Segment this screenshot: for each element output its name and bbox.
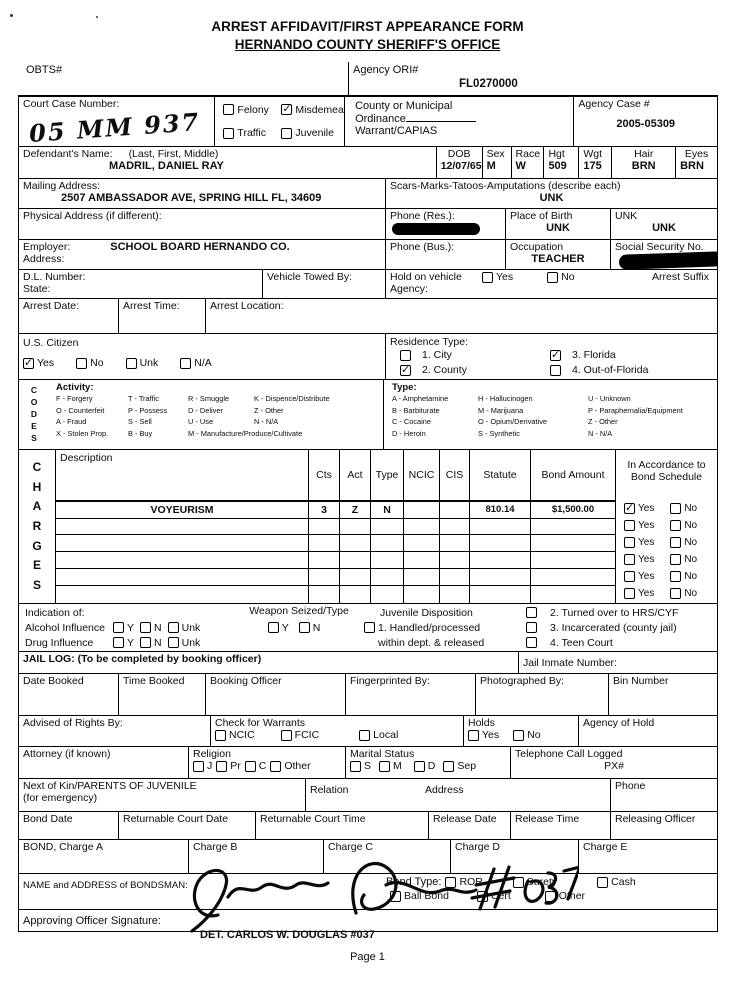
charge-row-1: VOYEURISM 3 Z N 810.14 $1,500.00	[56, 502, 615, 519]
traffic-checkbox[interactable]	[223, 128, 234, 139]
employer-label: Employer:	[23, 241, 70, 253]
ordinance-cell: County or Municipal Ordinance Warrant/CA…	[345, 97, 574, 146]
juvenile-checkbox[interactable]	[281, 128, 292, 139]
hair-label: Hair	[616, 148, 671, 160]
bond-surety-checkbox[interactable]	[513, 877, 524, 888]
charge-row-2	[56, 519, 615, 536]
charge-type	[371, 586, 404, 603]
returnable-date-cell: Returnable Court Date	[119, 812, 256, 839]
check-warrants-label: Check for Warrants	[215, 717, 459, 729]
bin-number-label: Bin Number	[613, 675, 713, 687]
bondsman-label: NAME and ADDRESS of BONDSMAN:	[23, 880, 382, 891]
releasing-officer-label: Releasing Officer	[615, 813, 713, 825]
phone-bus-label: Phone (Bus.):	[390, 241, 501, 253]
charge-cis	[440, 586, 470, 603]
race-label: Race	[516, 148, 540, 160]
ordinance-line2: Ordinance	[355, 113, 406, 125]
influence-block: Indication of: Alcohol Influence Y N Unk…	[19, 604, 234, 651]
physical-address-cell: Physical Address (if different):	[19, 209, 386, 239]
citizen-row: U.S. Citizen Yes No Unk N/A Residence Ty…	[19, 334, 717, 380]
charge-description	[56, 535, 309, 551]
ssn-cell: Social Security No.	[611, 240, 717, 269]
alias-value: UNK	[615, 222, 713, 234]
marital-m-checkbox[interactable]	[379, 761, 390, 772]
codes-vertical-label: CODES	[19, 384, 49, 444]
citizen-unk-label: Unk	[140, 357, 159, 369]
bond-charge-d-cell: Charge D	[451, 840, 579, 873]
activity-codes: Activity: F - ForgeryO - CounterfeitA - …	[56, 380, 384, 449]
holds-label: Holds	[468, 717, 574, 729]
religion-j-checkbox[interactable]	[193, 761, 204, 772]
mailing-row: Mailing Address: 2507 AMBASSADOR AVE, SP…	[19, 179, 717, 209]
hold-yes-checkbox[interactable]	[482, 272, 493, 283]
hold-yes-label: Yes	[496, 271, 513, 283]
charge-cts	[309, 519, 340, 535]
employer-value: SCHOOL BOARD HERNANDO CO.	[110, 241, 289, 253]
activity-col1: F - ForgeryO - CounterfeitA - FraudX - S…	[56, 393, 128, 439]
race-value: W	[516, 160, 540, 172]
eyes-label: Eyes	[680, 148, 713, 160]
holds-cell: Holds Yes No	[464, 716, 579, 746]
returnable-time-cell: Returnable Court Time	[256, 812, 429, 839]
scan-speck	[96, 16, 98, 18]
misdemeanor-checkbox[interactable]	[281, 104, 292, 115]
residence-outfl-checkbox[interactable]	[550, 365, 561, 376]
religion-label: Religion	[193, 748, 341, 760]
charge-cis	[440, 535, 470, 551]
agency-case-cell: Agency Case # 2005-05309	[574, 97, 717, 146]
scars-label: Scars-Marks-Tatoos-Amputations (describe…	[390, 180, 713, 192]
bond-date-cell: Bond Date	[19, 812, 119, 839]
disposition-3-label: 3. Incarcerated (county jail)	[550, 622, 677, 634]
activity-col4: K - Dispence/DistributeZ - OtherN - N/A	[254, 393, 383, 428]
phone-call-label: Telephone Call Logged	[515, 748, 713, 760]
fingerprinted-label: Fingerprinted By:	[350, 675, 471, 687]
felony-checkbox[interactable]	[223, 104, 234, 115]
fingerprinted-cell: Fingerprinted By:	[346, 674, 476, 715]
type-col2: H - HallucinogenM - MarijuanaO - Opium/D…	[478, 393, 588, 439]
weapon-y-checkbox[interactable]	[268, 622, 279, 633]
next-of-kin-cell: Next of Kin/PARENTS OF JUVENILE (for eme…	[19, 779, 306, 811]
type-col3: U - UnknownP - Paraphernalia/EquipmentZ …	[588, 393, 717, 439]
activity-col3: R - SmuggleD - DeliverU - UseM - Manufac…	[188, 393, 254, 439]
col-act-header: Act	[340, 450, 371, 500]
weapon-n-checkbox[interactable]	[299, 622, 310, 633]
phone-res-label: Phone (Res.):	[390, 210, 501, 222]
charge-bond	[531, 586, 615, 603]
drug-n-checkbox[interactable]	[140, 637, 151, 648]
agency-ori-value: FL0270000	[459, 78, 714, 90]
charge-6-schedule-no-checkbox[interactable]	[670, 588, 681, 599]
charge-2-schedule-no-checkbox[interactable]	[670, 520, 681, 531]
charge-bond	[531, 535, 615, 551]
col-cis-header: CIS	[440, 450, 470, 500]
date-booked-cell: Date Booked	[19, 674, 119, 715]
arrest-date-cell: Arrest Date:	[19, 299, 119, 333]
agency-ori-label: Agency ORI#	[353, 64, 418, 76]
charge-6-bond-schedule: YesNo	[616, 585, 717, 602]
px-label: PX#	[515, 760, 713, 772]
citizen-no-checkbox[interactable]	[76, 358, 87, 369]
disposition-2-checkbox[interactable]	[526, 607, 537, 618]
defendant-row: Defendant's Name:(Last, First, Middle) M…	[19, 147, 717, 179]
hold-no-label: No	[561, 271, 574, 283]
charge-bond	[531, 569, 615, 585]
release-time-cell: Release Time	[511, 812, 611, 839]
bond-date-row: Bond Date Returnable Court Date Returnab…	[19, 812, 717, 840]
bond-charge-d-label: Charge D	[455, 841, 574, 853]
charge-5-bond-schedule: YesNo	[616, 568, 717, 585]
charge-2-schedule-yes-checkbox[interactable]	[624, 520, 635, 531]
dl-row: D.L. Number: State: Vehicle Towed By: Ho…	[19, 270, 717, 299]
charge-3-schedule-yes-checkbox[interactable]	[624, 537, 635, 548]
attorney-label: Attorney (if known)	[23, 748, 184, 760]
charge-bond	[531, 519, 615, 535]
charge-cts	[309, 535, 340, 551]
bond-charge-a-cell: BOND, Charge A	[19, 840, 189, 873]
drug-unk-checkbox[interactable]	[168, 637, 179, 648]
charge-6-schedule-yes-checkbox[interactable]	[624, 588, 635, 599]
dob-cell: DOB12/07/65	[437, 147, 483, 178]
marital-status-cell: Marital Status S M D Sep	[346, 747, 511, 778]
residence-florida-checkbox[interactable]	[550, 350, 561, 361]
hair-cell: HairBRN	[612, 147, 676, 178]
approving-signature-label: Approving Officer Signature:	[19, 910, 161, 934]
alcohol-n-checkbox[interactable]	[140, 622, 151, 633]
relation-label: Relation	[310, 784, 349, 796]
charge-description	[56, 586, 309, 603]
form-subtitle: HERNANDO COUNTY SHERIFF'S OFFICE	[0, 37, 735, 52]
mailing-address-label: Mailing Address:	[23, 180, 381, 192]
charge-row-3	[56, 535, 615, 552]
bond-charge-c-label: Charge C	[328, 841, 446, 853]
charges-table: Description Cts Act Type NCIC CIS Statut…	[56, 450, 615, 603]
charge-statute: 810.14	[470, 502, 531, 518]
bond-bail-checkbox[interactable]	[390, 891, 401, 902]
ncic-checkbox[interactable]	[215, 730, 226, 741]
charge-1-schedule-no-checkbox[interactable]	[670, 503, 681, 514]
marital-status-label: Marital Status	[350, 748, 506, 760]
mailing-address-cell: Mailing Address: 2507 AMBASSADOR AVE, SP…	[19, 179, 386, 208]
defendant-name-label: Defendant's Name:	[23, 148, 113, 160]
type-codes: Type: A - AmphetamineB - BarbiturateC - …	[384, 380, 717, 449]
col-type-header: Type	[371, 450, 404, 500]
form-title: ARREST AFFIDAVIT/FIRST APPEARANCE FORM	[0, 19, 735, 34]
residence-outfl-label: 4. Out-of-Florida	[572, 364, 648, 376]
indication-row: Indication of: Alcohol Influence Y N Unk…	[19, 604, 717, 652]
disposition-4-label: 4. Teen Court	[550, 637, 613, 649]
physical-row: Physical Address (if different): Phone (…	[19, 209, 717, 240]
ordinance-blank-line	[406, 112, 476, 122]
jail-log-label: JAIL LOG: (To be completed by booking of…	[19, 652, 519, 673]
charge-5-schedule-yes-checkbox[interactable]	[624, 571, 635, 582]
charge-row-5	[56, 569, 615, 586]
employer-cell: Employer:SCHOOL BOARD HERNANDO CO. Addre…	[19, 240, 386, 269]
bond-charge-a-label: BOND, Charge A	[23, 841, 184, 853]
bond-cash-checkbox[interactable]	[597, 877, 608, 888]
pob-value: UNK	[510, 222, 606, 234]
jail-inmate-label: Jail Inmate Number:	[523, 657, 617, 669]
agency-case-value: 2005-05309	[578, 118, 713, 130]
charge-description: VOYEURISM	[56, 502, 309, 518]
hold-on-vehicle-cell: Hold on vehicle Yes No Arrest Suffix Age…	[386, 270, 717, 298]
sex-label: Sex	[487, 148, 507, 160]
charge-cts	[309, 569, 340, 585]
residence-florida-label: 3. Florida	[572, 349, 616, 361]
wgt-label: Wgt	[583, 148, 607, 160]
charge-type	[371, 519, 404, 535]
bond-charge-e-cell: Charge E	[579, 840, 717, 873]
employer-address-label: Address:	[23, 253, 381, 265]
form-header: ARREST AFFIDAVIT/FIRST APPEARANCE FORM H…	[0, 0, 735, 52]
charge-ncic	[404, 519, 440, 535]
dob-value: 12/07/65	[441, 160, 478, 172]
wgt-cell: Wgt175	[579, 147, 612, 178]
hgt-cell: Hgt509	[544, 147, 579, 178]
approving-officer-printed-name: DET. CARLOS W. DOUGLAS #037	[200, 929, 375, 941]
alcohol-unk-checkbox[interactable]	[168, 622, 179, 633]
charge-act: Z	[340, 502, 371, 518]
pob-label: Place of Birth	[510, 210, 606, 222]
charge-act	[340, 552, 371, 568]
pob-cell: Place of Birth UNK	[506, 209, 611, 239]
charge-ncic	[404, 569, 440, 585]
disposition-3-checkbox[interactable]	[526, 622, 537, 633]
drug-influence-label: Drug Influence	[25, 637, 113, 649]
charge-5-schedule-no-checkbox[interactable]	[670, 571, 681, 582]
residence-type-cell: Residence Type: 1. City 3. Florida 2. Co…	[386, 334, 717, 379]
weapon-block: Weapon Seized/Type Y N	[234, 604, 364, 651]
citizen-no-label: No	[90, 357, 103, 369]
charge-cts: 3	[309, 502, 340, 518]
charge-cis	[440, 502, 470, 518]
misdemeanor-label: Misdemeanor	[295, 104, 345, 116]
citizen-yes-label: Yes	[37, 357, 54, 369]
returnable-date-label: Returnable Court Date	[123, 813, 251, 825]
religion-c-checkbox[interactable]	[245, 761, 256, 772]
religion-other-checkbox[interactable]	[270, 761, 281, 772]
release-date-cell: Release Date	[429, 812, 511, 839]
occupation-label: Occupation	[510, 241, 606, 253]
charge-row-4	[56, 552, 615, 569]
bond-date-label: Bond Date	[23, 813, 114, 825]
obts-label: OBTS#	[18, 62, 348, 95]
bond-type-cell: Bond Type: ROR Surety Cash Ball Bond Cer…	[386, 874, 717, 909]
time-booked-cell: Time Booked	[119, 674, 206, 715]
photographed-label: Photographed By:	[480, 675, 604, 687]
charge-ncic	[404, 552, 440, 568]
juvenile-disposition-block: Juvenile Disposition 1. Handled/processe…	[364, 604, 526, 651]
charge-4-bond-schedule: YesNo	[616, 551, 717, 568]
bond-charges-row: BOND, Charge A Charge B Charge C Charge …	[19, 840, 717, 874]
alcohol-influence-label: Alcohol Influence	[25, 622, 113, 634]
col-bond-header: Bond Amount	[531, 450, 615, 500]
residence-city-label: 1. City	[422, 349, 452, 361]
charge-bond	[531, 552, 615, 568]
local-checkbox[interactable]	[359, 730, 370, 741]
charge-description	[56, 552, 309, 568]
sex-cell: SexM	[483, 147, 512, 178]
hgt-label: Hgt	[548, 148, 574, 160]
physical-address-label: Physical Address (if different):	[23, 210, 381, 222]
defendant-name-value: MADRIL, DANIEL RAY	[109, 160, 432, 172]
charge-3-schedule-no-checkbox[interactable]	[670, 537, 681, 548]
bond-schedule-header: In Accordance toBond Schedule	[616, 450, 717, 500]
hold-agency-label: Agency:	[390, 283, 713, 295]
fcic-checkbox[interactable]	[281, 730, 292, 741]
employer-row: Employer:SCHOOL BOARD HERNANDO CO. Addre…	[19, 240, 717, 270]
kin-address-label: Address	[425, 784, 464, 796]
hgt-value: 509	[548, 160, 574, 172]
dl-number-cell: D.L. Number: State:	[19, 270, 263, 298]
case-row: Court Case Number: 05 MM 937 Felony Misd…	[19, 97, 717, 147]
residence-type-label: Residence Type:	[390, 336, 713, 348]
marital-s-checkbox[interactable]	[350, 761, 361, 772]
eyes-value: BRN	[680, 160, 713, 172]
disposition-2-label: 2. Turned over to HRS/CYF	[550, 607, 678, 619]
charge-act	[340, 586, 371, 603]
charge-bond: $1,500.00	[531, 502, 615, 518]
arrest-affidavit-form: ARREST AFFIDAVIT/FIRST APPEARANCE FORM H…	[0, 0, 735, 985]
residence-county-checkbox[interactable]	[400, 365, 411, 376]
time-booked-label: Time Booked	[123, 675, 201, 687]
arrest-row: Arrest Date: Arrest Time: Arrest Locatio…	[19, 299, 717, 334]
bond-ror-checkbox[interactable]	[445, 877, 456, 888]
wgt-value: 175	[583, 160, 607, 172]
dl-state-label: State:	[23, 283, 258, 295]
bond-type-label: Bond Type:	[386, 876, 441, 888]
phone-res-redaction	[392, 223, 480, 235]
date-booked-label: Date Booked	[23, 675, 114, 687]
kin-row: Next of Kin/PARENTS OF JUVENILE (for eme…	[19, 779, 717, 812]
occupation-value: TEACHER	[510, 253, 606, 265]
bond-other-checkbox[interactable]	[545, 891, 556, 902]
charge-type	[371, 535, 404, 551]
felony-label: Felony	[237, 104, 269, 116]
kin-phone-cell: Phone	[611, 779, 717, 811]
race-cell: RaceW	[512, 147, 545, 178]
ordinance-line3: Warrant/CAPIAS	[355, 125, 569, 137]
release-time-label: Release Time	[515, 813, 606, 825]
charge-statute	[470, 586, 531, 603]
charge-4-schedule-yes-checkbox[interactable]	[624, 554, 635, 565]
charge-act	[340, 569, 371, 585]
court-case-cell: Court Case Number: 05 MM 937	[19, 97, 215, 146]
name-format-hint: (Last, First, Middle)	[129, 148, 219, 160]
agency-hold-label: Agency of Hold	[583, 717, 713, 729]
charge-cts	[309, 552, 340, 568]
citizen-na-checkbox[interactable]	[180, 358, 191, 369]
drug-y-checkbox[interactable]	[113, 637, 124, 648]
activity-col2: T - TrafficP - PossessS - SellB - Buy	[128, 393, 188, 439]
ordinance-line1: County or Municipal	[355, 100, 569, 112]
photographed-cell: Photographed By:	[476, 674, 609, 715]
disposition-4-checkbox[interactable]	[526, 637, 537, 648]
charge-description	[56, 519, 309, 535]
occupation-cell: Occupation TEACHER	[506, 240, 611, 269]
hair-value: BRN	[616, 160, 671, 172]
rights-row: Advised of Rights By: Check for Warrants…	[19, 716, 717, 747]
bond-schedule-column: In Accordance toBond Schedule YesNo YesN…	[615, 450, 717, 603]
charges-vertical-label: CHARGES	[19, 450, 56, 603]
charge-ncic	[404, 502, 440, 518]
arrest-date-label: Arrest Date:	[23, 300, 114, 312]
charge-statute	[470, 552, 531, 568]
juvenile-disposition-label: Juvenile Disposition	[364, 605, 526, 620]
us-citizen-label: U.S. Citizen	[23, 337, 381, 349]
alias-cell: UNK UNK	[611, 209, 717, 239]
charge-cis	[440, 552, 470, 568]
disposition-1-label: 1. Handled/processed	[378, 622, 480, 634]
col-cts-header: Cts	[309, 450, 340, 500]
religion-pr-checkbox[interactable]	[216, 761, 227, 772]
juvenile-label: Juvenile	[295, 127, 334, 139]
agency-hold-cell: Agency of Hold	[579, 716, 717, 746]
disposition-1-checkbox[interactable]	[364, 622, 375, 633]
charge-type	[371, 552, 404, 568]
charge-1-bond-schedule: YesNo	[616, 500, 717, 517]
citizen-unk-checkbox[interactable]	[126, 358, 137, 369]
charge-act	[340, 535, 371, 551]
type-title: Type:	[392, 382, 717, 393]
attorney-row: Attorney (if known) Religion J Pr C Othe…	[19, 747, 717, 779]
marital-d-checkbox[interactable]	[414, 761, 425, 772]
sex-value: M	[487, 160, 507, 172]
phone-call-cell: Telephone Call Logged PX#	[511, 747, 717, 778]
traffic-label: Traffic	[237, 127, 266, 139]
dl-number-label: D.L. Number:	[23, 271, 258, 283]
col-description-header: Description	[56, 450, 309, 500]
charges-block: CHARGES Description Cts Act Type NCIC CI…	[19, 450, 717, 604]
col-ncic-header: NCIC	[404, 450, 440, 500]
defendant-name-cell: Defendant's Name:(Last, First, Middle) M…	[19, 147, 437, 178]
hold-no-checkbox[interactable]	[547, 272, 558, 283]
charge-type: N	[371, 502, 404, 518]
booking-officer-label: Booking Officer	[210, 675, 341, 687]
residence-city-checkbox[interactable]	[400, 350, 411, 361]
page-number: Page 1	[0, 951, 735, 963]
booking-officer-cell: Booking Officer	[206, 674, 346, 715]
kin-phone-label: Phone	[615, 780, 713, 792]
charge-3-bond-schedule: YesNo	[616, 534, 717, 551]
charge-1-schedule-yes-checkbox[interactable]	[624, 503, 635, 514]
disposition-right-block: 2. Turned over to HRS/CYF 3. Incarcerate…	[526, 604, 717, 651]
bond-cert-checkbox[interactable]	[477, 891, 488, 902]
marital-sep-checkbox[interactable]	[443, 761, 454, 772]
charge-description	[56, 569, 309, 585]
phone-res-cell: Phone (Res.):	[386, 209, 506, 239]
charge-ncic	[404, 586, 440, 603]
bin-number-cell: Bin Number	[609, 674, 717, 715]
vehicle-towed-label: Vehicle Towed By:	[267, 271, 381, 283]
booking-row: Date Booked Time Booked Booking Officer …	[19, 674, 717, 716]
alcohol-y-checkbox[interactable]	[113, 622, 124, 633]
holds-no-checkbox[interactable]	[513, 730, 524, 741]
charge-act	[340, 519, 371, 535]
form-table: Court Case Number: 05 MM 937 Felony Misd…	[18, 95, 718, 932]
type-col1: A - AmphetamineB - BarbiturateC - Cocain…	[392, 393, 478, 439]
holds-yes-checkbox[interactable]	[468, 730, 479, 741]
citizen-yes-checkbox[interactable]	[23, 358, 34, 369]
arrest-time-cell: Arrest Time:	[119, 299, 206, 333]
charge-4-schedule-no-checkbox[interactable]	[670, 554, 681, 565]
col-statute-header: Statute	[470, 450, 531, 500]
scars-value: UNK	[390, 192, 713, 204]
next-of-kin-label: Next of Kin/PARENTS OF JUVENILE	[23, 780, 301, 792]
attorney-cell: Attorney (if known)	[19, 747, 189, 778]
charge-cis	[440, 519, 470, 535]
advised-rights-label: Advised of Rights By:	[23, 717, 206, 729]
